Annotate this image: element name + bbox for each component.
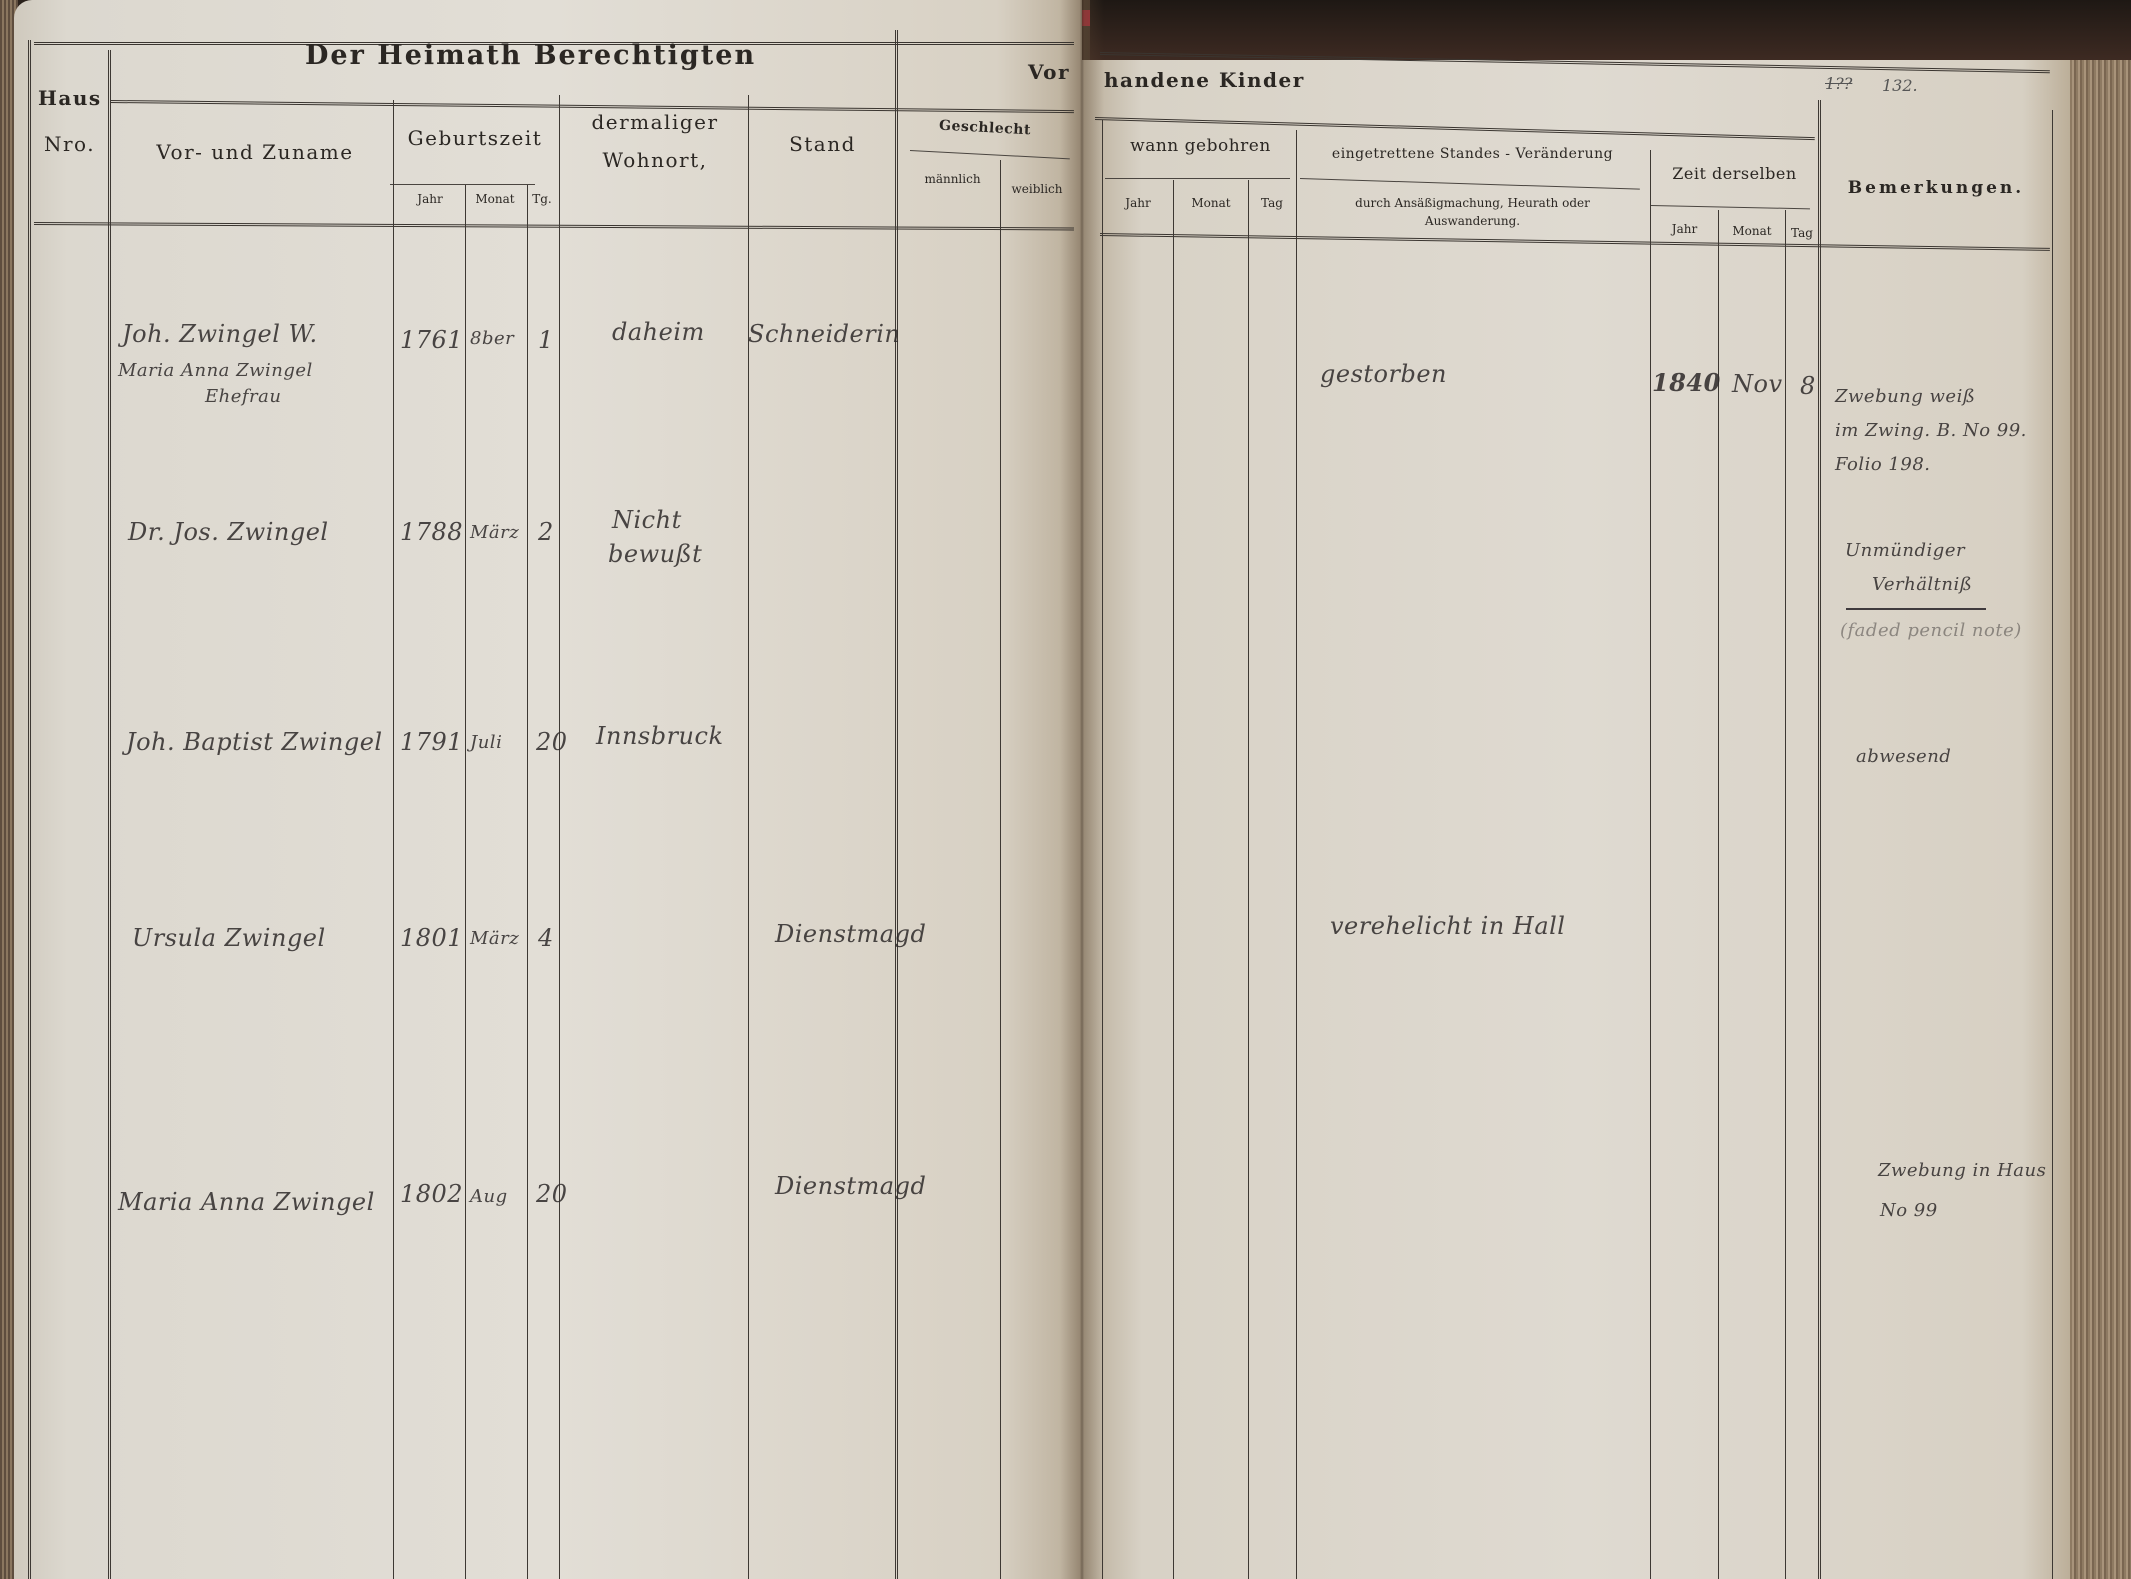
remarks-underline: [1846, 608, 1986, 610]
row4-year: 1801: [400, 924, 463, 952]
row3-month: Juli: [470, 732, 502, 753]
row1-year: 1761: [400, 326, 463, 354]
row2-year: 1788: [400, 518, 463, 546]
column-rule: [748, 95, 749, 1579]
row1-name-line1: Joh. Zwingel W.: [122, 320, 318, 348]
header-birth: Geburtszeit: [395, 126, 555, 150]
header-birth-month: Monat: [466, 192, 524, 206]
header-residence-line2: Wohnort,: [565, 148, 745, 172]
column-rule: [895, 30, 898, 1579]
header-born-month: Monat: [1175, 196, 1247, 210]
header-section-title-right: handene Kinder: [1104, 68, 1305, 92]
left-page: [14, 0, 1082, 1579]
header-status: Stand: [755, 132, 890, 156]
header-born-day: Tag: [1250, 196, 1294, 210]
row3-residence: Innsbruck: [596, 722, 724, 750]
row4-name: Ursula Zwingel: [132, 924, 326, 952]
row2-remarks-line1: Unmündiger: [1845, 540, 1965, 561]
header-haus: Haus: [38, 86, 102, 110]
header-birth-day: Tg.: [527, 192, 557, 206]
column-rule: [1173, 180, 1174, 1579]
right-page: [1082, 60, 2082, 1579]
row4-month: März: [470, 928, 519, 949]
column-rule: [1718, 210, 1719, 1579]
row4-day: 4: [538, 924, 554, 952]
header-change-line3: Auswanderung.: [1300, 214, 1645, 228]
row2-remarks-line2: Verhältniß: [1872, 574, 1972, 595]
row4-status: Dienstmagd: [775, 920, 926, 948]
row1-remarks-line2: im Zwing. B. No 99.: [1835, 420, 2027, 441]
row3-remarks: abwesend: [1856, 746, 1951, 767]
row1-name-line3: Ehefrau: [205, 386, 281, 407]
header-name: Vor- und Zuname: [130, 140, 380, 164]
header-time-year: Jahr: [1652, 222, 1717, 236]
column-rule: [2052, 110, 2053, 1579]
row1-residence: daheim: [612, 318, 705, 346]
row2-residence-line1: Nicht: [612, 506, 682, 534]
row1-remarks-line1: Zwebung weiß: [1835, 386, 1975, 407]
row5-year: 1802: [400, 1180, 463, 1208]
header-sex-male: männlich: [905, 172, 1000, 186]
column-rule: [1818, 100, 1821, 1579]
header-section-title: Der Heimath Berechtigten: [305, 40, 756, 71]
row3-day: 20: [536, 728, 568, 756]
header-birth-year: Jahr: [400, 192, 460, 206]
row2-day: 2: [538, 518, 554, 546]
row2-remarks-faded: (faded pencil note): [1840, 620, 2022, 641]
header-title-continuation: Vor: [1028, 60, 1070, 84]
column-rule: [1102, 120, 1103, 1579]
header-sex-female: weiblich: [1002, 182, 1072, 196]
column-rule: [465, 185, 466, 1579]
column-rule: [1000, 160, 1001, 1579]
row1-name-line2: Maria Anna Zwingel: [118, 360, 313, 381]
column-rule: [559, 95, 560, 1579]
page-number-old: 1??: [1825, 74, 1852, 93]
row1-time-year: 1840: [1652, 368, 1721, 397]
header-change-line1: eingetrettene Standes - Veränderung: [1300, 146, 1645, 162]
row4-change: verehelicht in Hall: [1330, 912, 1565, 940]
row5-month: Aug: [470, 1186, 508, 1207]
header-time-month: Monat: [1720, 224, 1784, 238]
row5-day: 20: [536, 1180, 568, 1208]
column-rule: [28, 40, 31, 1579]
column-rule: [108, 50, 111, 1579]
page-number: 132.: [1882, 76, 1918, 95]
column-rule: [527, 185, 528, 1579]
row2-residence-line2: bewußt: [608, 540, 702, 568]
header-time-day: Tag: [1787, 226, 1817, 240]
row1-time-day: 8: [1800, 372, 1816, 400]
header-change-line2: durch Ansäßigmachung, Heurath oder: [1300, 196, 1645, 210]
header-born: wann gebohren: [1108, 136, 1293, 156]
row1-remarks-line3: Folio 198.: [1835, 454, 1931, 475]
row5-name: Maria Anna Zwingel: [118, 1188, 375, 1216]
row3-year: 1791: [400, 728, 463, 756]
row2-name: Dr. Jos. Zwingel: [128, 518, 329, 546]
row3-name: Joh. Baptist Zwingel: [126, 728, 383, 756]
header-nro: Nro.: [44, 132, 95, 156]
header-remarks: Bemerkungen.: [1822, 178, 2050, 198]
header-time: Zeit derselben: [1652, 164, 1817, 183]
row2-month: März: [470, 522, 519, 543]
page-number-struck: 1??: [1825, 74, 1852, 93]
row1-change: gestorben: [1320, 360, 1447, 388]
column-rule: [1248, 180, 1249, 1579]
column-rule: [1650, 150, 1651, 1579]
row1-time-month: Nov: [1732, 370, 1783, 398]
column-rule: [1296, 130, 1297, 1579]
row1-month: 8ber: [470, 328, 514, 349]
row5-remarks-line1: Zwebung in Haus: [1878, 1160, 2046, 1181]
column-rule: [1785, 210, 1786, 1579]
row5-status: Dienstmagd: [775, 1172, 926, 1200]
born-sub-rule: [1105, 178, 1290, 179]
header-residence-line1: dermaliger: [565, 110, 745, 134]
row5-remarks-line2: No 99: [1880, 1200, 1938, 1221]
column-rule: [393, 100, 394, 1579]
birth-sub-rule: [390, 184, 535, 185]
row1-day: 1: [538, 326, 554, 354]
background-shadow: [1090, 0, 2131, 60]
header-born-year: Jahr: [1104, 196, 1172, 210]
row1-status: Schneiderin: [748, 320, 900, 348]
book-page-edges-right: [2070, 60, 2131, 1579]
